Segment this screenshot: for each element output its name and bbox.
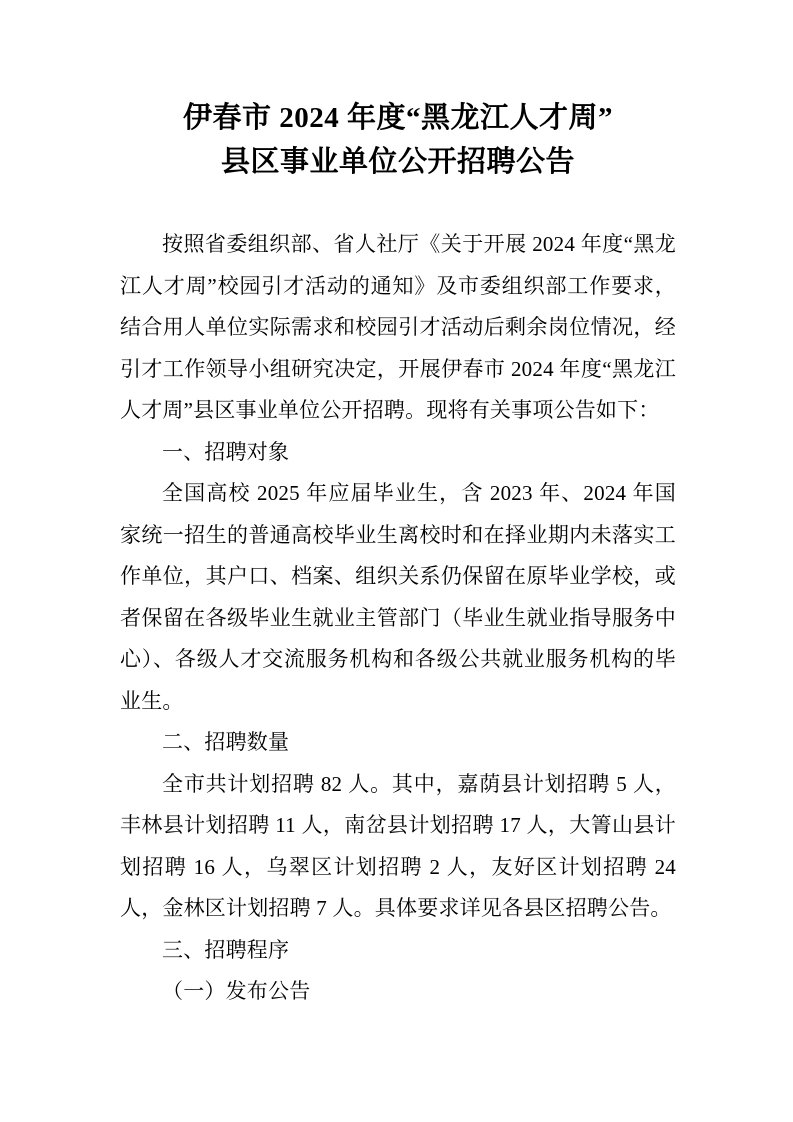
section-1-paragraph: 全国高校 2025 年应届毕业生，含 2023 年、2024 年国家统一招生的普…: [120, 473, 676, 722]
document-title: 伊春市 2024 年度“黑龙江人才周” 县区事业单位公开招聘公告: [120, 96, 676, 184]
document-title-line-2: 县区事业单位公开招聘公告: [120, 140, 676, 184]
document-body: 按照省委组织部、省人社厅《关于开展 2024 年度“黑龙江人才周”校园引才活动的…: [120, 224, 676, 1013]
section-3-subheading: （一）发布公告: [120, 971, 676, 1013]
section-1-heading: 一、招聘对象: [120, 432, 676, 474]
section-2-paragraph: 全市共计划招聘 82 人。其中，嘉荫县计划招聘 5 人，丰林县计划招聘 11 人…: [120, 764, 676, 930]
intro-paragraph: 按照省委组织部、省人社厅《关于开展 2024 年度“黑龙江人才周”校园引才活动的…: [120, 224, 676, 432]
section-2-heading: 二、招聘数量: [120, 722, 676, 764]
document-page: 伊春市 2024 年度“黑龙江人才周” 县区事业单位公开招聘公告 按照省委组织部…: [0, 0, 793, 1122]
document-title-line-1: 伊春市 2024 年度“黑龙江人才周”: [120, 96, 676, 140]
section-3-heading: 三、招聘程序: [120, 930, 676, 972]
